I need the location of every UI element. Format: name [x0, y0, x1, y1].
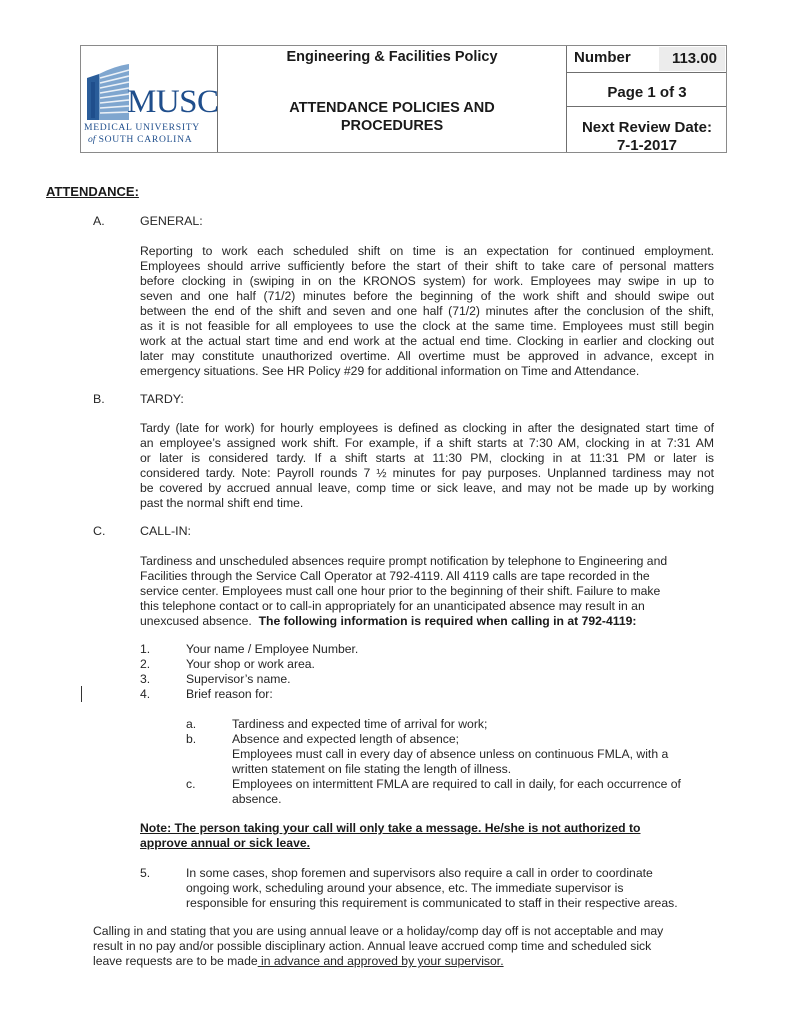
logo-wordmark: MUSC — [127, 86, 219, 119]
text-line: Tardiness and expected time of arrival f… — [232, 717, 487, 732]
text-line: be covered by accrued annual leave, comp… — [140, 481, 714, 496]
next-review: Next Review Date: 7-1-2017 — [567, 119, 727, 155]
text-line: Facilities through the Service Call Oper… — [140, 569, 720, 584]
subitem-text: Tardiness and expected time of arrival f… — [232, 717, 487, 732]
text-line: past the normal shift end time. — [140, 496, 714, 511]
document-title-line1: ATTENDANCE POLICIES AND — [218, 99, 566, 117]
musc-logo: MUSC MEDICAL UNIVERSITY of SOUTH CAROLIN… — [81, 46, 217, 152]
number-label: Number — [574, 49, 631, 66]
building-icon — [85, 64, 131, 122]
text-plain: leave requests are to be made — [93, 954, 258, 968]
subitem-letter: a. — [186, 717, 196, 731]
text-line: Absence and expected length of absence; — [232, 732, 668, 747]
section-heading-attendance: ATTENDANCE: — [46, 184, 139, 199]
text-line: considered tardy. Note: Payroll rounds 7… — [140, 466, 714, 481]
logo-state: SOUTH CAROLINA — [99, 134, 193, 145]
text-line: leave requests are to be made in advance… — [93, 954, 663, 969]
logo-of: of — [88, 134, 95, 145]
section-c-paragraph: Tardiness and unscheduled absences requi… — [140, 554, 720, 629]
section-a-letter: A. — [93, 214, 105, 228]
page-indicator: Page 1 of 3 — [567, 84, 727, 101]
text-line: unexcused absence. The following informa… — [140, 614, 720, 629]
text-line: emergency situations. See HR Policy #29 … — [140, 364, 714, 379]
subitem-letter: b. — [186, 732, 196, 746]
item-number: 5. — [140, 866, 150, 880]
required-info-callout: The following information is required wh… — [259, 614, 637, 628]
review-label: Next Review Date: — [567, 119, 727, 137]
policy-type: Engineering & Facilities Policy — [218, 49, 566, 65]
text-line: an employee’s assigned work shift. For e… — [140, 436, 714, 451]
item-text: Your name / Employee Number. — [186, 642, 358, 656]
section-b-title: TARDY: — [140, 392, 184, 406]
text-line: Tardy (late for work) for hourly employe… — [140, 421, 714, 436]
section-c-letter: C. — [93, 524, 105, 538]
text-line: service center. Employees must call one … — [140, 584, 720, 599]
logo-university-line: MEDICAL UNIVERSITY — [84, 122, 200, 133]
section-a-paragraph: Reporting to work each scheduled shift o… — [140, 244, 714, 379]
item-number: 3. — [140, 672, 150, 686]
section-a-title: GENERAL: — [140, 214, 203, 228]
text-line: between the end of the shift and seven a… — [140, 304, 714, 319]
text-line: ongoing work, scheduling around your abs… — [186, 881, 678, 896]
text-line: as it is not feasible for all employees … — [140, 319, 714, 334]
text-line: before clocking in (swiping in on the KR… — [140, 274, 714, 289]
text-line: later may constitute unauthorized overti… — [140, 349, 714, 364]
logo-state-line: of SOUTH CAROLINA — [88, 134, 192, 145]
title-cell: Engineering & Facilities Policy ATTENDAN… — [218, 46, 566, 152]
item-number: 2. — [140, 657, 150, 671]
subitem-letter: c. — [186, 777, 195, 791]
subitem-text: Absence and expected length of absence; … — [232, 732, 668, 777]
text-line: Employees should arrive sufficiently bef… — [140, 259, 714, 274]
text-line: result in no pay and/or possible discipl… — [93, 939, 663, 954]
text-line: written statement on file stating the le… — [232, 762, 668, 777]
item-text: Your shop or work area. — [186, 657, 315, 671]
text-line: Tardiness and unscheduled absences requi… — [140, 554, 720, 569]
item-text: In some cases, shop foremen and supervis… — [186, 866, 678, 911]
item-text: Brief reason for: — [186, 687, 273, 701]
text-line: work at the actual start time and end wo… — [140, 334, 714, 349]
subitem-text: Employees on intermittent FMLA are requi… — [232, 777, 681, 807]
text-line: absence. — [232, 792, 681, 807]
closing-paragraph: Calling in and stating that you are usin… — [93, 924, 663, 969]
item-text: Supervisor’s name. — [186, 672, 291, 686]
text-line: this telephone contact or to call-in app… — [140, 599, 720, 614]
document-title: ATTENDANCE POLICIES AND PROCEDURES — [218, 99, 566, 135]
review-date: 7-1-2017 — [567, 137, 727, 155]
revision-change-bar — [81, 686, 82, 702]
policy-meta-cell: Number 113.00 Page 1 of 3 Next Review Da… — [567, 46, 727, 152]
text-line: Calling in and stating that you are usin… — [93, 924, 663, 939]
text-line: In some cases, shop foremen and supervis… — [186, 866, 678, 881]
note-line: approve annual or sick leave. — [140, 836, 640, 851]
note-line: Note: The person taking your call will o… — [140, 821, 640, 836]
item-number: 4. — [140, 687, 150, 701]
policy-header-table: MUSC MEDICAL UNIVERSITY of SOUTH CAROLIN… — [80, 45, 727, 153]
number-value-box: 113.00 — [659, 47, 725, 71]
text-line: Employees on intermittent FMLA are requi… — [232, 777, 681, 792]
section-c-title: CALL-IN: — [140, 524, 191, 538]
text-line: or later is considered tardy. If a shift… — [140, 451, 714, 466]
text-plain: unexcused absence. — [140, 614, 259, 628]
number-value: 113.00 — [672, 50, 717, 67]
section-b-paragraph: Tardy (late for work) for hourly employe… — [140, 421, 714, 511]
text-line: responsible for ensuring this requiremen… — [186, 896, 678, 911]
text-line: Employees must call in every day of abse… — [232, 747, 668, 762]
document-title-line2: PROCEDURES — [218, 117, 566, 135]
text-line: Reporting to work each scheduled shift o… — [140, 244, 714, 259]
emphasis-underlined: in advance and approved by your supervis… — [258, 954, 504, 968]
note-callout: Note: The person taking your call will o… — [140, 821, 640, 851]
text-line: seven and one half (71/2) minutes before… — [140, 289, 714, 304]
item-number: 1. — [140, 642, 150, 656]
section-b-letter: B. — [93, 392, 105, 406]
